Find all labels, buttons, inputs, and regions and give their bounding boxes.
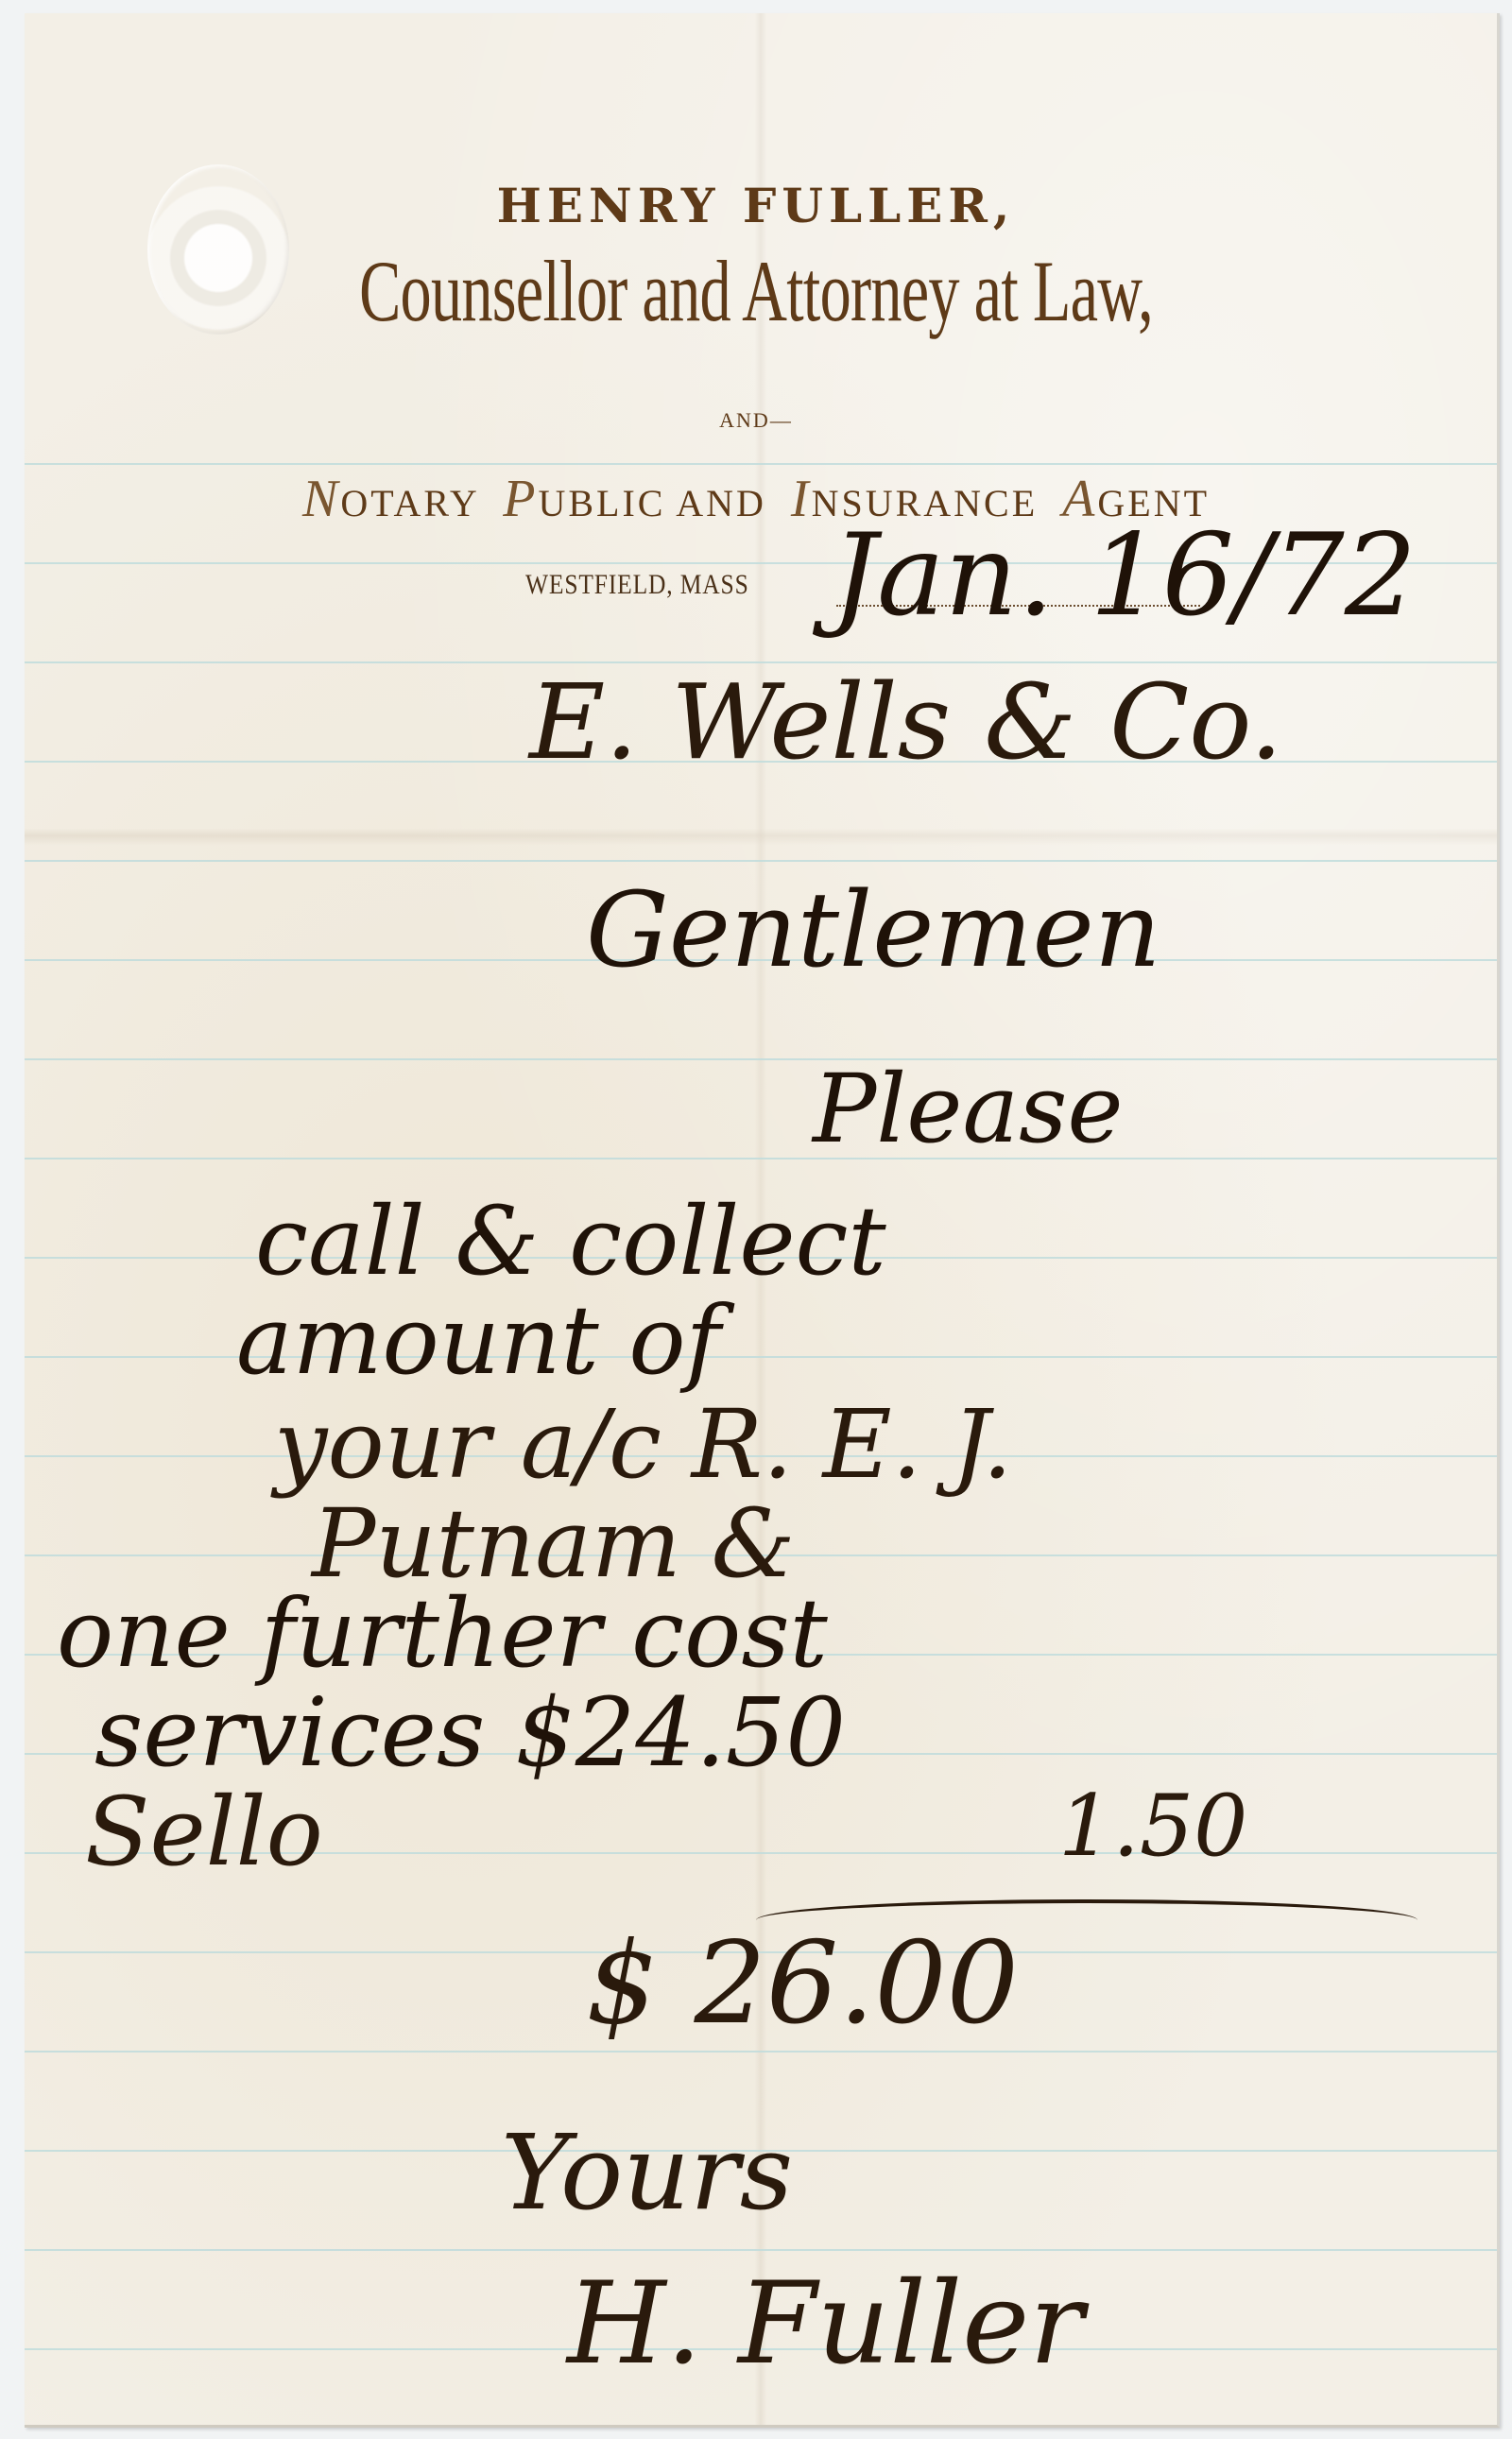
body-line-amount: 1.50 xyxy=(1058,1777,1247,1876)
letter-closing: Yours xyxy=(501,2112,793,2233)
letter-salutation: Gentlemen xyxy=(586,869,1161,990)
body-line: services $24.50 xyxy=(94,1677,846,1788)
letter-signature: H. Fuller xyxy=(567,2259,1084,2390)
letterhead-name: HENRY FULLER, xyxy=(0,178,1512,233)
letterhead-place: WESTFIELD, MASS xyxy=(525,569,749,601)
letterhead-title: Counsellor and Attorney at Law, xyxy=(212,241,1300,341)
letter-total: $ 26.00 xyxy=(586,1918,1019,2050)
letterhead-and: AND— xyxy=(0,408,1512,433)
ornate-initial: I xyxy=(791,470,812,528)
letter-addressee: E. Wells & Co. xyxy=(529,661,1283,782)
body-line: your a/c R. E. J. xyxy=(274,1389,1012,1500)
ruled-line xyxy=(25,2249,1497,2251)
ruled-line xyxy=(25,860,1497,862)
ruled-line xyxy=(25,1058,1497,1060)
ruled-line xyxy=(25,463,1497,465)
ornate-initial: N xyxy=(302,470,340,528)
notary-word: UBLIC AND xyxy=(538,482,765,524)
body-line: call & collect xyxy=(255,1186,886,1297)
notary-word: OTARY xyxy=(340,482,478,524)
ornate-initial: P xyxy=(503,470,538,528)
ruled-line xyxy=(25,2051,1497,2053)
body-line: one further cost xyxy=(57,1578,828,1689)
body-line: Sello xyxy=(85,1777,323,1887)
body-line: amount of xyxy=(236,1285,721,1396)
body-line: Please xyxy=(813,1054,1124,1164)
ruled-line xyxy=(25,1158,1497,1159)
letter-date: Jan. 16/72 xyxy=(832,510,1417,642)
